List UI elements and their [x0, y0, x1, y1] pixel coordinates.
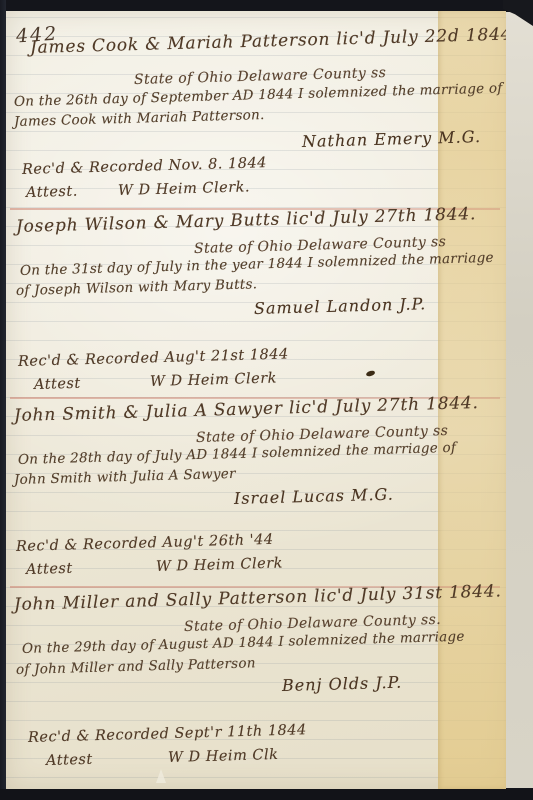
attest-label: Attest: [46, 752, 93, 769]
ledger-page: 442 James Cook & Mariah Patterson lic'd …: [6, 10, 506, 789]
backing-page-edge: [506, 12, 533, 788]
attest-label: Attest.: [26, 184, 78, 201]
photo-frame-left: [0, 0, 6, 800]
attest-label: Attest: [34, 376, 81, 393]
document-photo: 442 James Cook & Mariah Patterson lic'd …: [0, 0, 533, 800]
photo-frame-bottom: [0, 789, 533, 800]
attest-label: Attest: [26, 561, 73, 578]
officiant-signature: Benj Olds J.P.: [282, 673, 403, 695]
photo-frame-top: [0, 0, 533, 11]
clerk-signature: W D Heim Clk: [168, 747, 279, 766]
